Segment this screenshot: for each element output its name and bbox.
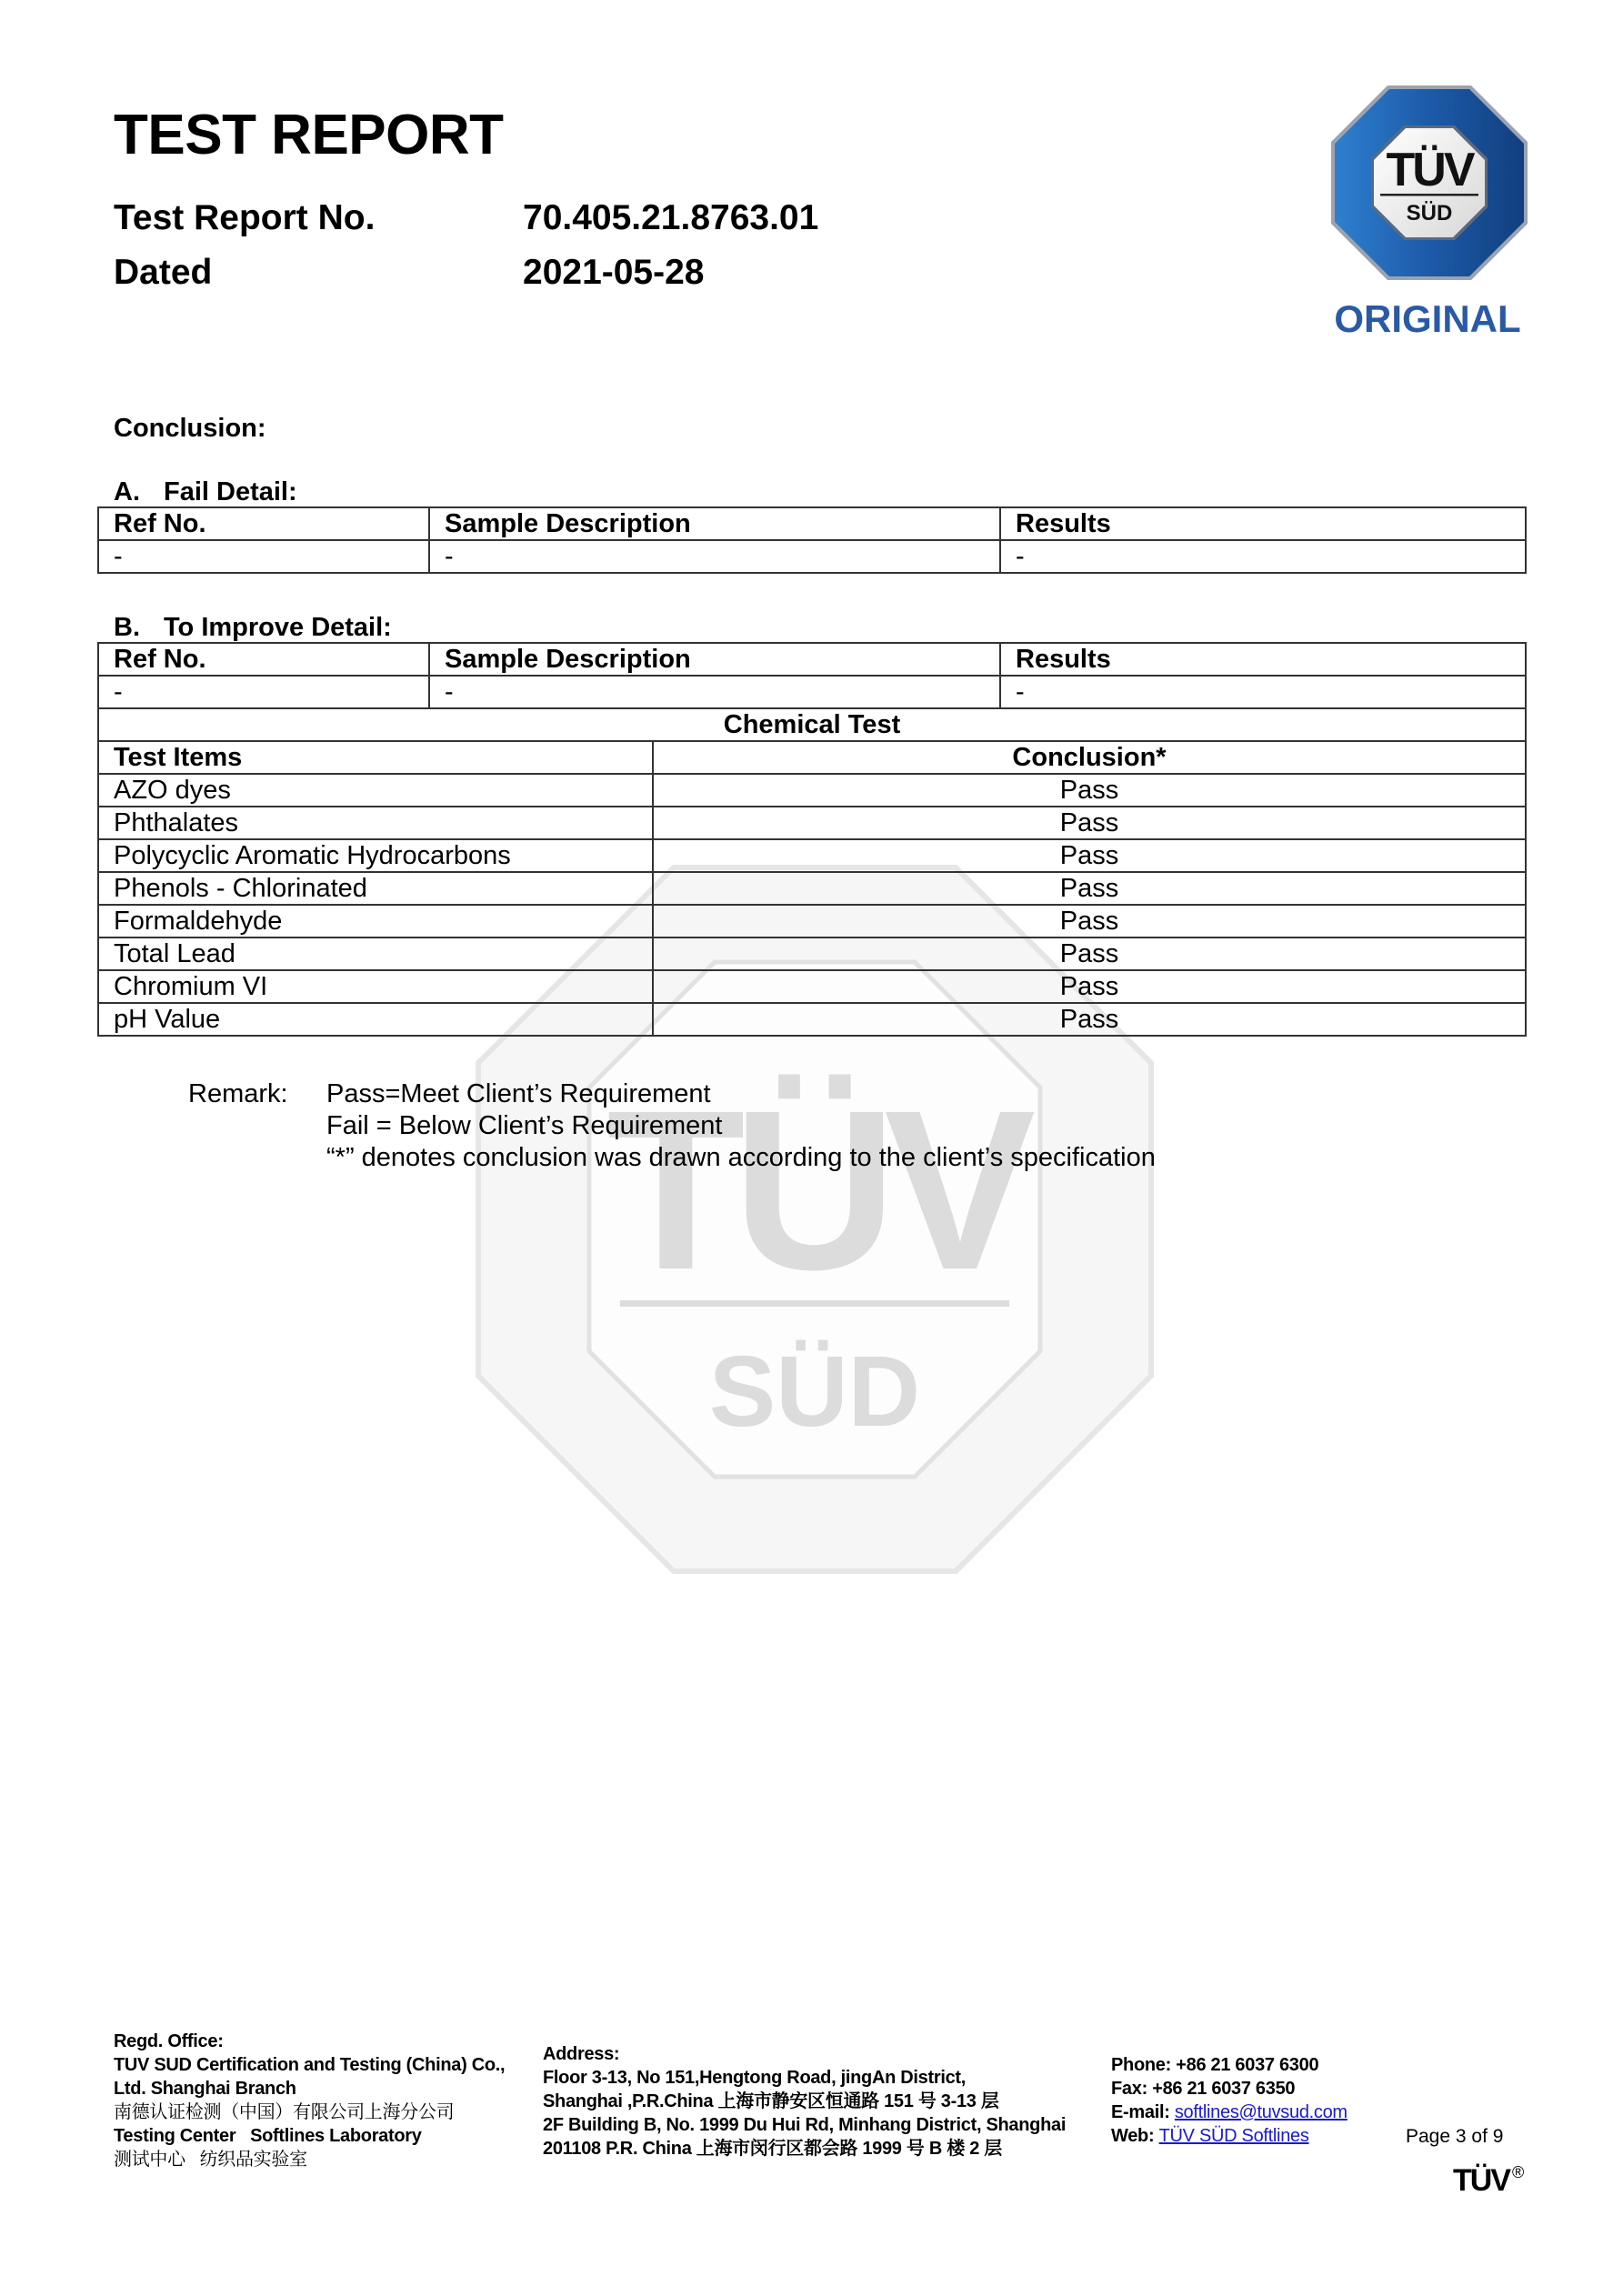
cell-test-item: AZO dyes [98,774,653,807]
svg-text:SÜD: SÜD [1407,201,1453,226]
fax-line: Fax: +86 21 6037 6350 [1111,2077,1347,2100]
phone-label: Phone: [1111,2055,1171,2075]
web-line: Web: TÜV SÜD Softlines [1111,2124,1347,2148]
address-line: Floor 3-13, No 151,Hengtong Road, jingAn… [543,2066,1066,2090]
report-number: 70.405.21.8763.01 [523,200,818,236]
cell-conclusion: Pass [653,970,1526,1003]
cell-results: - [1000,540,1526,573]
column-header-results: Results [1000,643,1526,676]
column-header-ref-no: Ref No. [98,507,429,540]
table-row: - - - [98,676,1526,708]
chemical-test-title-row: Chemical Test [98,708,1526,741]
table-row: Polycyclic Aromatic Hydrocarbons Pass [98,839,1526,872]
table-row: pH Value Pass [98,1003,1526,1036]
cell-test-item: Phthalates [98,807,653,839]
cell-conclusion: Pass [653,905,1526,937]
column-header-sample-description: Sample Description [429,643,1000,676]
improve-detail-title: To Improve Detail: [164,613,392,642]
address-label: Address: [543,2042,1066,2066]
fail-detail-letter: A. [114,479,164,506]
phone-line: Phone: +86 21 6037 6300 [1111,2053,1347,2077]
regd-office-line: 南德认证检测（中国）有限公司上海分公司 [114,2100,505,2124]
cell-test-item: Phenols - Chlorinated [98,872,653,905]
cell-conclusion: Pass [653,774,1526,807]
table-header-row: Ref No. Sample Description Results [98,643,1526,676]
fail-detail-heading: A.Fail Detail: [114,479,297,506]
original-stamp: ORIGINAL [1309,300,1546,338]
footer-contact: Phone: +86 21 6037 6300 Fax: +86 21 6037… [1111,2053,1347,2148]
registered-icon: ® [1512,2163,1524,2181]
table-row: Chromium VI Pass [98,970,1526,1003]
column-header-ref-no: Ref No. [98,643,429,676]
cell-test-item: pH Value [98,1003,653,1036]
email-line: E-mail: softlines@tuvsud.com [1111,2100,1347,2124]
cell-test-item: Polycyclic Aromatic Hydrocarbons [98,839,653,872]
remark-line: “*” denotes conclusion was drawn accordi… [326,1142,1236,1174]
cell-conclusion: Pass [653,937,1526,970]
table-row: Formaldehyde Pass [98,905,1526,937]
cell-test-item: Total Lead [98,937,653,970]
regd-office-line: Ltd. Shanghai Branch [114,2077,505,2100]
web-label: Web: [1111,2126,1154,2146]
tuv-sud-logo: TÜV SÜD [1329,84,1529,282]
cell-results: - [1000,676,1526,708]
cell-conclusion: Pass [653,1003,1526,1036]
cell-conclusion: Pass [653,839,1526,872]
cell-sample-description: - [429,676,1000,708]
chemical-header-row: Test Items Conclusion* [98,741,1526,774]
fax-label: Fax: [1111,2079,1147,2099]
regd-office-label: Regd. Office: [114,2030,505,2053]
fail-detail-title: Fail Detail: [164,477,297,506]
remark-line: Pass=Meet Client’s Requirement [326,1078,1236,1110]
regd-office-line: Testing Center Softlines Laboratory [114,2124,505,2148]
improve-detail-table: Ref No. Sample Description Results - - -… [97,642,1527,1037]
improve-detail-heading: B.To Improve Detail: [114,615,392,641]
cell-test-item: Formaldehyde [98,905,653,937]
address-line: Shanghai ,P.R.China 上海市静安区恒通路 151 号 3-13… [543,2090,1066,2113]
fax-number: +86 21 6037 6350 [1152,2079,1295,2099]
cell-ref-no: - [98,540,429,573]
table-row: AZO dyes Pass [98,774,1526,807]
footer-address: Address: Floor 3-13, No 151,Hengtong Roa… [543,2042,1066,2161]
regd-office-line: 测试中心 纺织品实验室 [114,2148,505,2171]
chemical-test-title: Chemical Test [98,708,1526,741]
page-number: Page 3 of 9 [1406,2125,1503,2149]
table-row: Total Lead Pass [98,937,1526,970]
column-header-test-items: Test Items [98,741,653,774]
table-header-row: Ref No. Sample Description Results [98,507,1526,540]
cell-test-item: Chromium VI [98,970,653,1003]
email-link[interactable]: softlines@tuvsud.com [1175,2102,1347,2122]
cell-ref-no: - [98,676,429,708]
footer-regd-office: Regd. Office: TUV SUD Certification and … [114,2030,505,2171]
remark-label: Remark: [188,1078,325,1110]
document-title: TEST REPORT [114,107,504,164]
web-link[interactable]: TÜV SÜD Softlines [1159,2126,1309,2146]
address-line: 201108 P.R. China 上海市闵行区都会路 1999 号 B 楼 2… [543,2137,1066,2161]
table-row: Phenols - Chlorinated Pass [98,872,1526,905]
report-date: 2021-05-28 [523,255,705,290]
tuv-mark-text: TÜV [1453,2163,1509,2198]
svg-text:TÜV: TÜV [1387,144,1476,196]
tuv-trademark-logo: TÜV® [1453,2164,1524,2196]
column-header-results: Results [1000,507,1526,540]
table-row: - - - [98,540,1526,573]
improve-detail-letter: B. [114,615,164,641]
remark-line: Fail = Below Client’s Requirement [326,1110,1236,1142]
cell-conclusion: Pass [653,807,1526,839]
column-header-sample-description: Sample Description [429,507,1000,540]
fail-detail-table: Ref No. Sample Description Results - - - [97,506,1527,574]
cell-conclusion: Pass [653,872,1526,905]
phone-number: +86 21 6037 6300 [1176,2055,1318,2075]
email-label: E-mail: [1111,2102,1170,2122]
column-header-conclusion: Conclusion* [653,741,1526,774]
table-row: Phthalates Pass [98,807,1526,839]
svg-text:SÜD: SÜD [709,1336,920,1448]
address-line: 2F Building B, No. 1999 Du Hui Rd, Minha… [543,2113,1066,2137]
remark-lines: Pass=Meet Client’s Requirement Fail = Be… [326,1078,1236,1174]
report-number-label: Test Report No. [114,200,375,236]
conclusion-heading: Conclusion: [114,416,266,442]
cell-sample-description: - [429,540,1000,573]
dated-label: Dated [114,255,212,290]
regd-office-line: TUV SUD Certification and Testing (China… [114,2053,505,2077]
